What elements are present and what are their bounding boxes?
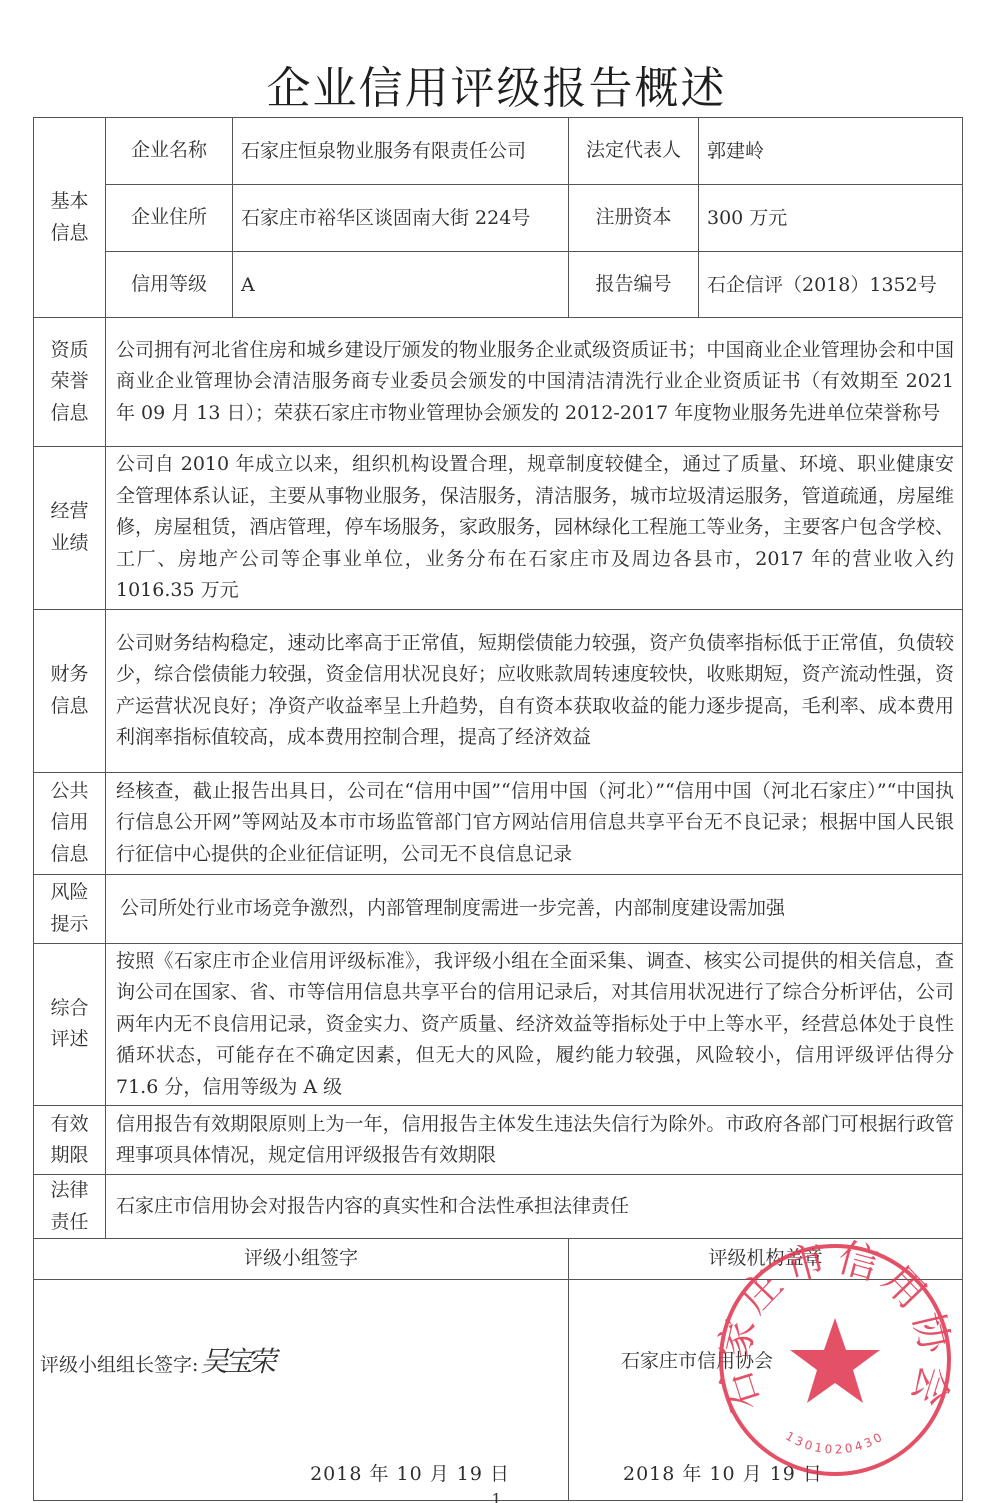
report-table: 基本信息 企业名称 石家庄恒泉物业服务有限责任公司 法定代表人 郭建岭 企业住所… [33, 117, 963, 1501]
value-legal-rep: 郭建岭 [699, 118, 963, 185]
team-signature-cell: 评级小组组长签字:吴宝荣 2018 年 10 月 19 日 [34, 1280, 569, 1501]
section-text-qualification: 公司拥有河北省住房和城乡建设厅颁发的物业服务企业贰级资质证书；中国商业企业管理协… [106, 318, 963, 447]
section-label-validity: 有效期限 [34, 1106, 106, 1175]
value-company-name: 石家庄恒泉物业服务有限责任公司 [233, 118, 569, 185]
org-stamp-date: 2018 年 10 月 19 日 [623, 1459, 823, 1491]
section-text-summary: 按照《石家庄市企业信用评级标准》，我评级小组在全面采集、调查、核实公司提供的相关… [106, 943, 963, 1106]
label-legal-rep: 法定代表人 [569, 118, 699, 185]
label-report-number: 报告编号 [569, 252, 699, 318]
section-label-public-credit: 公共信用信息 [34, 772, 106, 874]
value-report-number: 石企信评（2018）1352号 [699, 252, 963, 318]
org-stamp-cell: 石家庄市信用协会 2018 年 10 月 19 日 [569, 1280, 963, 1501]
basic-info-row-name: 基本信息 企业名称 石家庄恒泉物业服务有限责任公司 法定代表人 郭建岭 [34, 118, 963, 185]
org-name: 石家庄市信用协会 [621, 1346, 773, 1378]
leader-signature-line: 评级小组组长签字:吴宝荣 [40, 1346, 272, 1382]
value-address: 石家庄市裕华区谈固南大街 224号 [233, 185, 569, 252]
section-label-qualification: 资质荣誉信息 [34, 318, 106, 447]
leader-handwritten-signature: 吴宝荣 [200, 1345, 272, 1378]
section-label-basic-info: 基本信息 [34, 118, 106, 318]
label-company-name: 企业名称 [106, 118, 233, 185]
section-text-performance: 公司自 2010 年成立以来，组织机构设置合理，规章制度较健全，通过了质量、环境… [106, 447, 963, 610]
section-row-finance: 财务信息 公司财务结构稳定，速动比率高于正常值，短期偿债能力较强，资产负债率指标… [34, 609, 963, 772]
section-label-finance: 财务信息 [34, 609, 106, 772]
org-stamp-header: 评级机构盖章 [569, 1239, 963, 1280]
value-registered-capital: 300 万元 [699, 185, 963, 252]
section-label-legal: 法律责任 [34, 1175, 106, 1239]
basic-info-row-rating: 信用等级 A 报告编号 石企信评（2018）1352号 [34, 252, 963, 318]
section-row-performance: 经营业绩 公司自 2010 年成立以来，组织机构设置合理，规章制度较健全，通过了… [34, 447, 963, 610]
section-label-performance: 经营业绩 [34, 447, 106, 610]
section-text-risk: 公司所处行业市场竞争激烈，内部管理制度需进一步完善，内部制度建设需加强 [106, 874, 963, 943]
section-text-validity: 信用报告有效期限原则上为一年，信用报告主体发生违法失信行为除外。市政府各部门可根… [106, 1106, 963, 1175]
signature-row: 评级小组组长签字:吴宝荣 2018 年 10 月 19 日 石家庄市信用协会 2… [34, 1280, 963, 1501]
section-text-public-credit: 经核查，截止报告出具日，公司在“信用中国”“信用中国（河北）”“信用中国（河北石… [106, 772, 963, 874]
signature-header-row: 评级小组签字 评级机构盖章 [34, 1239, 963, 1280]
label-address: 企业住所 [106, 185, 233, 252]
basic-info-row-address: 企业住所 石家庄市裕华区谈固南大街 224号 注册资本 300 万元 [34, 185, 963, 252]
section-text-legal: 石家庄市信用协会对报告内容的真实性和合法性承担法律责任 [106, 1175, 963, 1239]
page-number: 1 [0, 1490, 993, 1503]
section-label-summary: 综合评述 [34, 943, 106, 1106]
label-registered-capital: 注册资本 [569, 185, 699, 252]
document-title: 企业信用评级报告概述 [0, 52, 993, 116]
label-credit-rating: 信用等级 [106, 252, 233, 318]
section-text-finance: 公司财务结构稳定，速动比率高于正常值，短期偿债能力较强，资产负债率指标低于正常值… [106, 609, 963, 772]
section-row-legal: 法律责任 石家庄市信用协会对报告内容的真实性和合法性承担法律责任 [34, 1175, 963, 1239]
section-row-public-credit: 公共信用信息 经核查，截止报告出具日，公司在“信用中国”“信用中国（河北）”“信… [34, 772, 963, 874]
section-row-summary: 综合评述 按照《石家庄市企业信用评级标准》，我评级小组在全面采集、调查、核实公司… [34, 943, 963, 1106]
section-row-risk: 风险提示 公司所处行业市场竞争激烈，内部管理制度需进一步完善，内部制度建设需加强 [34, 874, 963, 943]
team-signature-date: 2018 年 10 月 19 日 [310, 1459, 510, 1491]
section-row-qualification: 资质荣誉信息 公司拥有河北省住房和城乡建设厅颁发的物业服务企业贰级资质证书；中国… [34, 318, 963, 447]
section-row-validity: 有效期限 信用报告有效期限原则上为一年，信用报告主体发生违法失信行为除外。市政府… [34, 1106, 963, 1175]
section-label-risk: 风险提示 [34, 874, 106, 943]
team-signature-header: 评级小组签字 [34, 1239, 569, 1280]
leader-signature-label: 评级小组组长签字: [40, 1354, 198, 1376]
value-credit-rating: A [233, 252, 569, 318]
